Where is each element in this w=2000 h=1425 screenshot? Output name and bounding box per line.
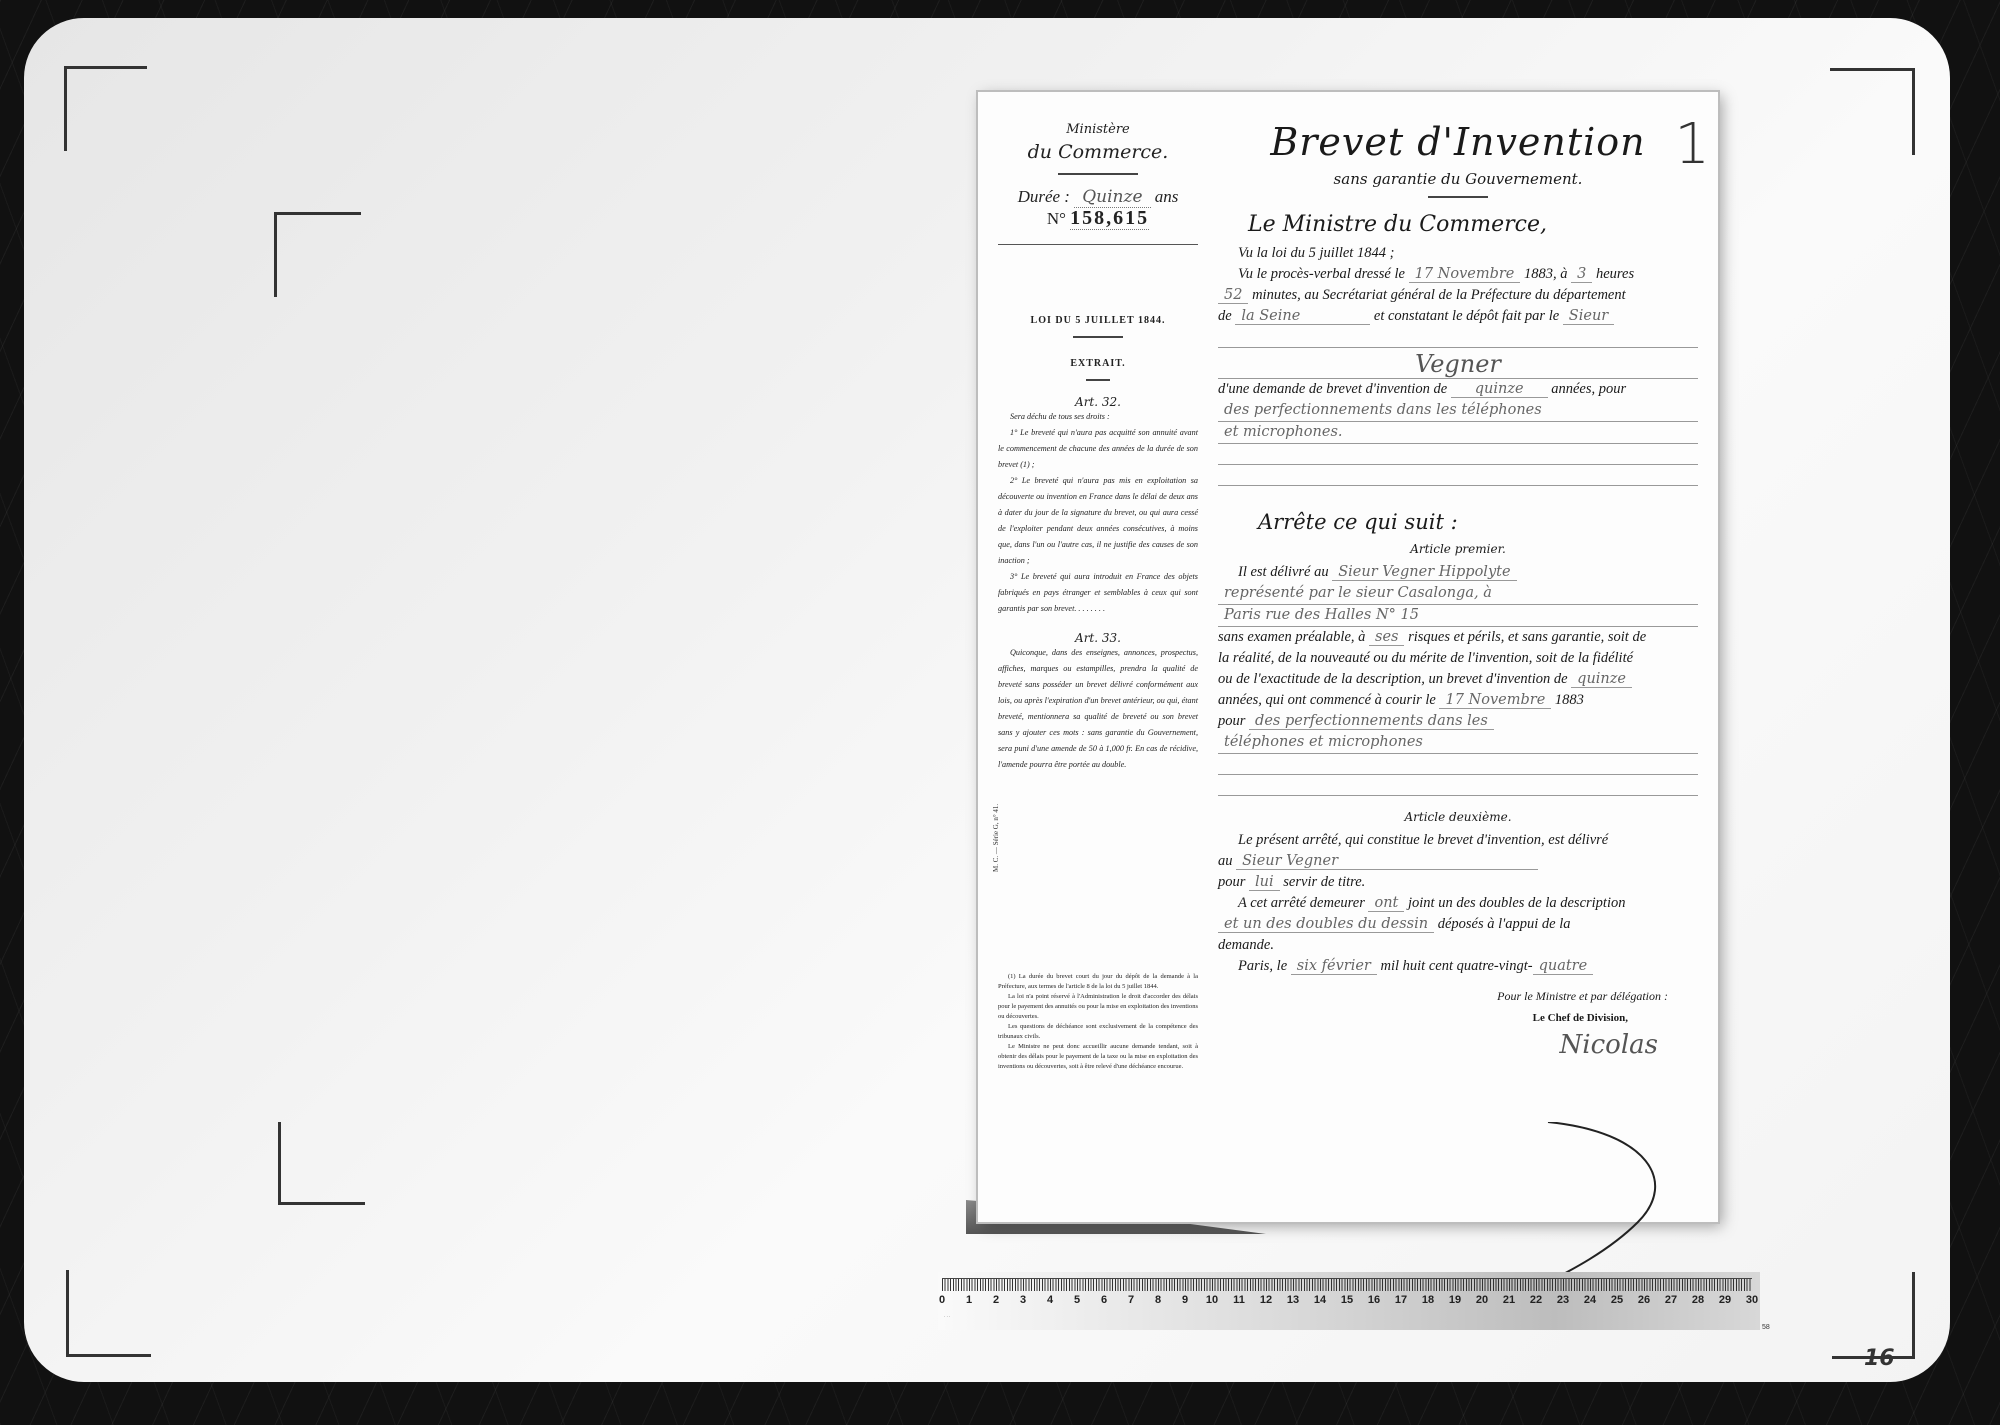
footnote: La loi n'a point réservé à l'Administrat… <box>998 992 1198 1022</box>
document-subtitle: sans garantie du Gouvernement. <box>1218 170 1698 188</box>
footnote: Les questions de déchéance sont exclusiv… <box>998 1022 1198 1042</box>
ruler-labels: 0 1 2 3 4 5 6 7 8 9 10 11 12 13 14 15 16… <box>938 1294 1760 1310</box>
article-33-paragraph: Quiconque, dans des enseignes, annonces,… <box>998 645 1198 773</box>
depositor-title: Sieur <box>1563 308 1614 325</box>
ornament-divider <box>1073 336 1123 338</box>
article-1-line: Il est délivré au Sieur Vegner Hippolyte <box>1218 562 1698 583</box>
article-2-line: pour lui servir de titre. <box>1218 872 1698 893</box>
article-1-line: ou de l'exactitude de la description, un… <box>1218 669 1698 690</box>
signature-year: quatre <box>1533 958 1594 975</box>
start-year: 1883 <box>1555 692 1584 708</box>
article-32-paragraph: 1° Le breveté qui n'aura pas acquitté so… <box>998 425 1198 473</box>
article-2-line: Le présent arrêté, qui constitue le brev… <box>1218 830 1698 851</box>
blank-line <box>1218 756 1698 775</box>
handwritten-page-number: 1 <box>1674 112 1710 177</box>
demande-years: quinze <box>1451 381 1548 398</box>
article-1-line: représenté par le sieur Casalonga, à <box>1218 583 1698 605</box>
footnote: (1) La durée du brevet court du jour du … <box>998 972 1198 992</box>
object-line: des perfectionnements dans les téléphone… <box>1218 400 1698 422</box>
deposit-minutes: 52 <box>1218 287 1248 304</box>
document-title: Brevet d'Invention <box>1218 120 1698 164</box>
signature-flourish-icon <box>1528 1122 1678 1292</box>
article-2-line: au Sieur Vegner <box>1218 851 1698 872</box>
ministry-name: du Commerce. <box>998 141 1198 163</box>
recipient-name: Sieur Vegner <box>1236 853 1538 870</box>
proces-verbal-line: Vu le procès-verbal dressé le 17 Novembr… <box>1218 264 1698 285</box>
crop-mark-top-left <box>64 66 147 151</box>
signatory-title: Le Chef de Division, <box>1218 1012 1698 1024</box>
grantee-name: Sieur Vegner Hippolyte <box>1332 564 1516 581</box>
article-1-line: téléphones et microphones <box>1218 732 1698 754</box>
department-line: de la Seine et constatant le dépôt fait … <box>1218 306 1698 327</box>
duration-value: Quinze <box>1074 187 1150 208</box>
footnote: Le Ministre ne peut donc accueillir aucu… <box>998 1042 1198 1072</box>
right-column: 1 Brevet d'Invention sans garantie du Go… <box>1218 112 1698 1060</box>
delegation-line: Pour le Ministre et par délégation : <box>1218 989 1698 1004</box>
crop-mark-top-right <box>1830 68 1915 155</box>
demande-line: d'une demande de brevet d'invention de q… <box>1218 379 1698 400</box>
deposit-year: 1883 <box>1524 266 1553 282</box>
law-title: LOI DU 5 JUILLET 1844. <box>998 315 1198 326</box>
extract-heading: EXTRAIT. <box>998 358 1198 369</box>
invention-object: des perfectionnements dans les téléphone… <box>1218 400 1698 422</box>
article-32-title: Art. 32. <box>998 395 1198 409</box>
arrete-heading: Arrête ce qui suit : <box>1258 510 1698 534</box>
object-line: et microphones. <box>1218 422 1698 444</box>
ornament-divider <box>1428 196 1488 198</box>
article-2-line: A cet arrêté demeurer ont joint un des d… <box>1218 893 1698 914</box>
article-1-line: Paris rue des Halles N° 15 <box>1218 605 1698 627</box>
ornament-divider <box>1058 173 1138 175</box>
article-1-line: années, qui ont commencé à courir le 17 … <box>1218 690 1698 711</box>
article-1-title: Article premier. <box>1218 542 1698 556</box>
signature: Nicolas <box>1218 1030 1698 1060</box>
left-column: Ministère du Commerce. Durée : Quinze an… <box>998 122 1198 773</box>
minister-heading: Le Ministre du Commerce, <box>1248 212 1698 237</box>
article-2-line: demande. <box>1218 935 1698 956</box>
blank-line <box>1218 777 1698 796</box>
blank-line <box>1218 467 1698 486</box>
grant-years: quinze <box>1571 671 1632 688</box>
form-series-label: M. C. — Série G, n° 41. <box>992 804 1000 872</box>
article-1-line: pour des perfectionnements dans les <box>1218 711 1698 732</box>
ruler-maker-mark: · · · <box>944 1314 950 1319</box>
ruler-end-mark: 58 <box>1762 1324 1770 1331</box>
article-32-paragraph: Sera déchu de tous ses droits : <box>998 409 1198 425</box>
deposit-date: 17 Novembre <box>1409 266 1521 283</box>
minutes-line: 52 minutes, au Secrétariat général de la… <box>1218 285 1698 306</box>
invention-object: téléphones et microphones <box>1218 732 1698 754</box>
crop-mark-inner-top-left <box>274 212 361 297</box>
article-32-paragraph: 3° Le breveté qui aura introduit en Fran… <box>998 569 1198 617</box>
deposit-hour: 3 <box>1571 266 1592 283</box>
article-2-line: et un des doubles du dessin déposés à l'… <box>1218 914 1698 935</box>
article-1-line: sans examen préalable, à ses risques et … <box>1218 627 1698 648</box>
department-value: la Seine <box>1235 308 1370 325</box>
ornament-divider <box>1086 379 1110 381</box>
article-32-paragraph: 2° Le breveté qui n'aura pas mis en expl… <box>998 473 1198 569</box>
crop-mark-inner-bottom-left <box>278 1122 365 1205</box>
vu-loi-line: Vu la loi du 5 juillet 1844 ; <box>1218 243 1698 264</box>
article-2-title: Article deuxième. <box>1218 810 1698 824</box>
frame-number: 16 <box>1864 1346 1895 1371</box>
article-1-line: la réalité, de la nouveauté ou du mérite… <box>1218 648 1698 669</box>
ministry-label: Ministère <box>998 122 1198 137</box>
crop-mark-bottom-left <box>66 1270 151 1357</box>
signature-date: six février <box>1291 958 1377 975</box>
invention-object: et microphones. <box>1218 422 1698 444</box>
patent-number-field: N° 158,615 <box>998 207 1198 230</box>
patent-document: Ministère du Commerce. Durée : Quinze an… <box>978 92 1718 1222</box>
divider <box>998 244 1198 245</box>
blank-line <box>1218 329 1698 348</box>
address: Paris rue des Halles N° 15 <box>1218 605 1698 627</box>
representative: représenté par le sieur Casalonga, à <box>1218 583 1698 605</box>
article-33-title: Art. 33. <box>998 631 1198 645</box>
duration-field: Durée : Quinze ans <box>998 187 1198 207</box>
blank-line <box>1218 446 1698 465</box>
start-date: 17 Novembre <box>1439 692 1551 709</box>
patent-number: 158,615 <box>1070 207 1149 230</box>
invention-object: des perfectionnements dans les <box>1249 713 1494 730</box>
measuring-ruler: 0 1 2 3 4 5 6 7 8 9 10 11 12 13 14 15 16… <box>938 1272 1760 1330</box>
footnotes: (1) La durée du brevet court du jour du … <box>998 972 1198 1072</box>
ruler-ticks <box>942 1278 1752 1291</box>
applicant-name: Vegner <box>1218 350 1698 379</box>
signature-date-line: Paris, le six février mil huit cent quat… <box>1218 956 1698 977</box>
